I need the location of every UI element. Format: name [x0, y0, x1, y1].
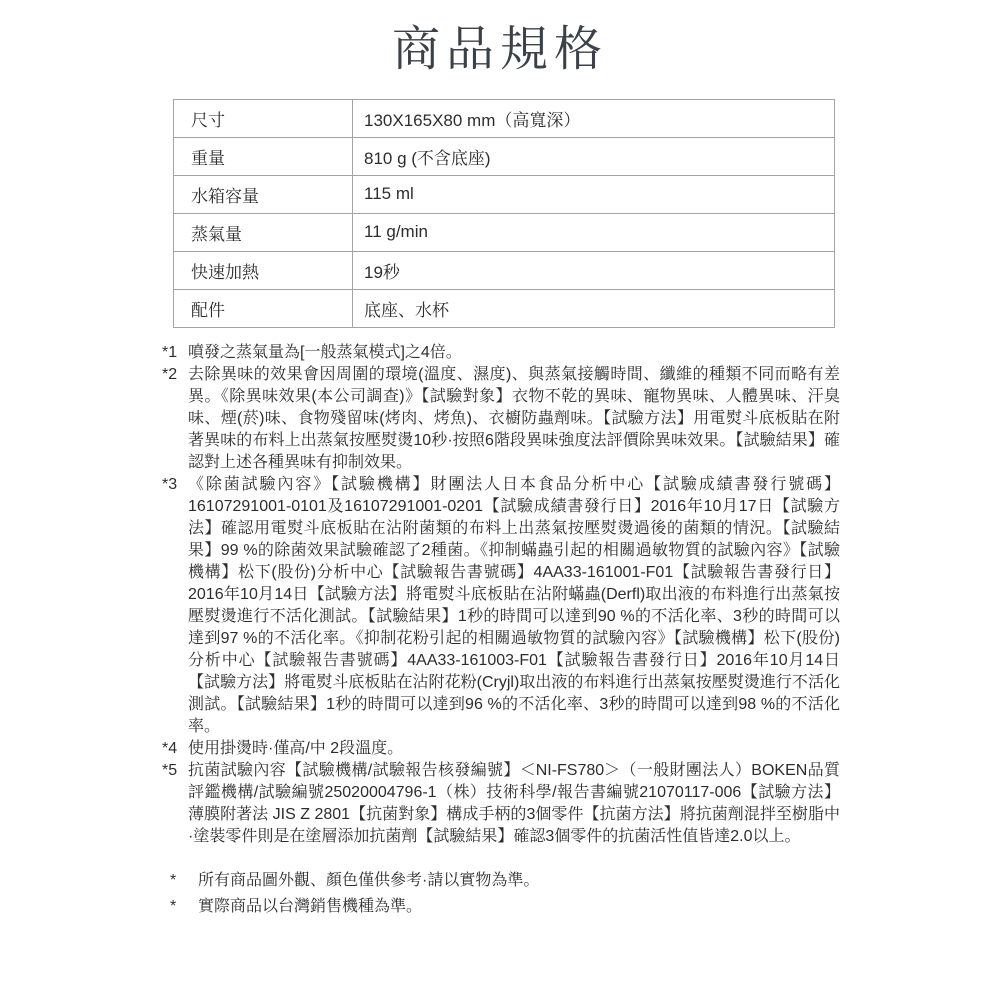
table-row: 水箱容量 115 ml — [174, 175, 835, 213]
spec-label-accessories: 配件 — [174, 289, 353, 327]
table-row: 快速加熱 19秒 — [174, 251, 835, 289]
asterisk-marker: * — [168, 894, 198, 920]
footnote-text: 使用掛燙時·僅高/中 2段溫度。 — [188, 738, 840, 760]
footnote-marker: *1 — [162, 342, 188, 364]
spec-value-steam-rate: 11 g/min — [353, 213, 835, 251]
footnote-5: *5 抗菌試驗內容【試驗機構/試驗報告核發編號】＜NI-FS780＞（一般財團法… — [162, 760, 840, 848]
disclaimer-taiwan-model: * 實際商品以台灣銷售機種為準。 — [168, 894, 840, 920]
table-row: 尺寸 130X165X80 mm（高寬深） — [174, 99, 835, 137]
spec-label-fast-heat: 快速加熱 — [174, 251, 353, 289]
page-title: 商品規格 — [0, 0, 1000, 77]
footnote-marker: *5 — [162, 760, 188, 782]
footnote-text: 抗菌試驗內容【試驗機構/試驗報告核發編號】＜NI-FS780＞（一般財團法人）B… — [188, 760, 840, 848]
footnote-marker: *4 — [162, 738, 188, 760]
footnotes-section: *1 噴發之蒸氣量為[一般蒸氣模式]之4倍。 *2 去除異味的效果會因周圍的環境… — [162, 342, 840, 848]
spec-label-tank-capacity: 水箱容量 — [174, 175, 353, 213]
footnote-text: 噴發之蒸氣量為[一般蒸氣模式]之4倍。 — [188, 342, 840, 364]
asterisk-marker: * — [168, 868, 198, 894]
footnote-marker: *2 — [162, 364, 188, 386]
spec-value-weight: 810 g (不含底座) — [353, 137, 835, 175]
spec-value-fast-heat: 19秒 — [353, 251, 835, 289]
footnote-text: 去除異味的效果會因周圍的環境(溫度、濕度)、與蒸氣接觸時間、纖維的種類不同而略有… — [188, 364, 840, 474]
table-row: 配件 底座、水杯 — [174, 289, 835, 327]
footnote-1: *1 噴發之蒸氣量為[一般蒸氣模式]之4倍。 — [162, 342, 840, 364]
table-row: 蒸氣量 11 g/min — [174, 213, 835, 251]
disclaimer-text: 實際商品以台灣銷售機種為準。 — [198, 894, 840, 920]
spec-table: 尺寸 130X165X80 mm（高寬深） 重量 810 g (不含底座) 水箱… — [173, 99, 835, 328]
spec-label-weight: 重量 — [174, 137, 353, 175]
table-row: 重量 810 g (不含底座) — [174, 137, 835, 175]
spec-value-accessories: 底座、水杯 — [353, 289, 835, 327]
spec-label-steam-rate: 蒸氣量 — [174, 213, 353, 251]
product-spec-page: 商品規格 尺寸 130X165X80 mm（高寬深） 重量 810 g (不含底… — [0, 0, 1000, 1000]
footnote-2: *2 去除異味的效果會因周圍的環境(溫度、濕度)、與蒸氣接觸時間、纖維的種類不同… — [162, 364, 840, 474]
spec-value-dimensions: 130X165X80 mm（高寬深） — [353, 99, 835, 137]
footnote-marker: *3 — [162, 474, 188, 496]
footnote-3: *3 《除菌試驗內容》【試驗機構】財團法人日本食品分析中心【試驗成績書發行號碼】… — [162, 474, 840, 738]
disclaimer-text: 所有商品圖外觀、顏色僅供參考·請以實物為準。 — [198, 868, 840, 894]
footnote-4: *4 使用掛燙時·僅高/中 2段溫度。 — [162, 738, 840, 760]
spec-value-tank-capacity: 115 ml — [353, 175, 835, 213]
spec-label-dimensions: 尺寸 — [174, 99, 353, 137]
disclaimer-section: * 所有商品圖外觀、顏色僅供參考·請以實物為準。 * 實際商品以台灣銷售機種為準… — [168, 868, 840, 920]
disclaimer-appearance: * 所有商品圖外觀、顏色僅供參考·請以實物為準。 — [168, 868, 840, 894]
footnote-text: 《除菌試驗內容》【試驗機構】財團法人日本食品分析中心【試驗成績書發行號碼】161… — [188, 474, 840, 738]
